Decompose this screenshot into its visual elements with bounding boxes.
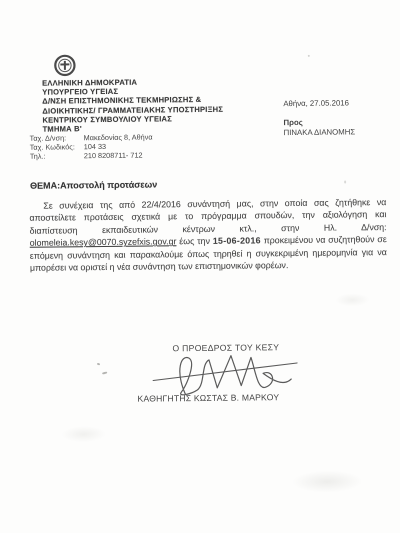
recipient-block: Προς ΠΙΝΑΚΑ ΔΙΑΝΟΜΗΣ [283,117,355,137]
scan-speck [344,180,346,183]
contact-value: 104 33 [84,142,106,151]
recipient-value: ΠΙΝΑΚΑ ΔΙΑΝΟΜΗΣ [284,127,356,137]
scan-smudge [62,426,106,442]
greek-national-emblem-icon [54,54,76,76]
scan-smudge [292,470,362,493]
issuing-authority-block: ΕΛΛΗΝΙΚΗ ΔΗΜΟΚΡΑΤΙΑ ΥΠΟΥΡΓΕΙΟ ΥΓΕΙΑΣ Δ/Ν… [42,77,223,134]
scan-speck [308,55,310,57]
handwritten-signature [151,349,301,399]
body-text-pre: Σε συνέχεια της από 22/4/2016 συνάντησή … [29,197,386,236]
contact-info-block: Ταχ. Δ/νση:Μακεδονίας 8, Αθήνα Ταχ. Κωδι… [30,133,153,161]
contact-value: Μακεδονίας 8, Αθήνα [84,132,153,142]
signatory-name: ΚΑΘΗΓΗΤΗΣ ΚΩΣΤΑΣ Β. ΜΑΡΚΟΥ [113,392,303,404]
contact-row: Τηλ.:210 8208711- 712 [30,151,153,161]
contact-value: 210 8208711- 712 [84,150,143,160]
date-line: Αθήνα, 27.05.2016 [283,98,349,108]
scanned-letter-page: ΕΛΛΗΝΙΚΗ ΔΗΜΟΚΡΑΤΙΑ ΥΠΟΥΡΓΕΙΟ ΥΓΕΙΑΣ Δ/Ν… [0,0,400,533]
scan-smudge [335,293,369,306]
contact-label: Τηλ.: [30,152,84,161]
letter-body: Σε συνέχεια της από 22/4/2016 συνάντησή … [29,196,387,274]
scan-speck [97,363,100,366]
deadline-date: 15-06-2016 [213,236,261,247]
subject-line: ΘΕΜΑ:Αποστολή προτάσεων [30,179,157,190]
email-address: olomeleia.kesy@0070.syzefxis.gov.gr [30,236,177,248]
scan-speck [102,371,107,374]
body-text-mid: έως την [176,236,213,246]
letter-content: ΕΛΛΗΝΙΚΗ ΔΗΜΟΚΡΑΤΙΑ ΥΠΟΥΡΓΕΙΟ ΥΓΕΙΑΣ Δ/Ν… [0,0,400,533]
